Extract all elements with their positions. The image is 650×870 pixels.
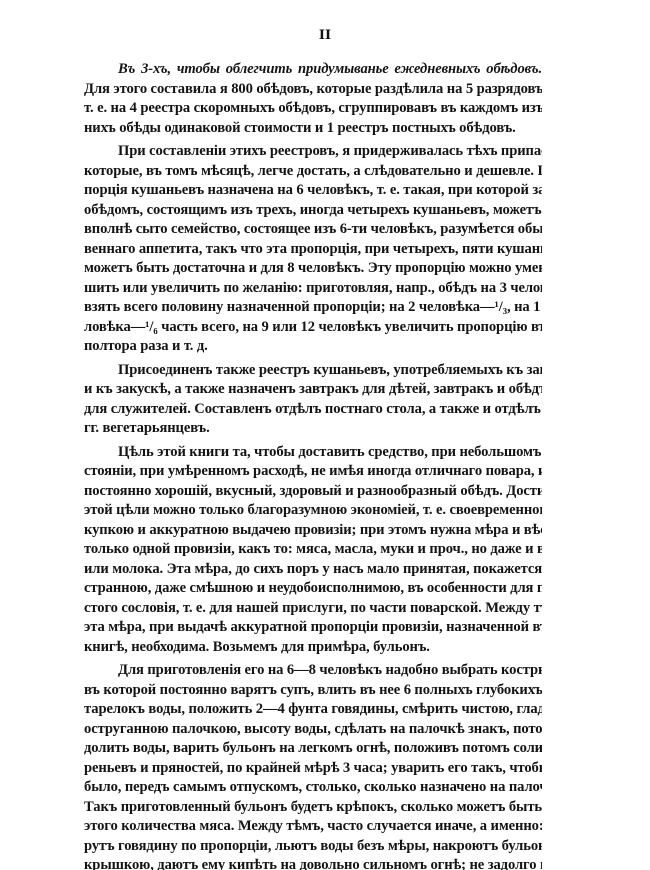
text-line: книгѣ, необходима. Возьмемъ для примѣра,… bbox=[84, 638, 542, 658]
text-line: этой цѣли можно только благоразумною эко… bbox=[84, 501, 542, 521]
text-line: рутъ говядину по пропорціи, льютъ воды б… bbox=[84, 837, 542, 857]
paragraph-4: Цѣль этой книги та, чтобы доставить сред… bbox=[84, 443, 542, 658]
text-line: порція кушаньевъ назначена на 6 человѣкъ… bbox=[84, 181, 542, 201]
text-line: только одной провизіи, какъ то: мяса, ма… bbox=[84, 540, 542, 560]
text-line: При составленіи этихъ реестровъ, я приде… bbox=[84, 142, 542, 162]
text-line: Для этого составила я 800 обѣдовъ, котор… bbox=[84, 80, 542, 100]
text-line: ловѣка—¹/₆ часть всего, на 9 или 12 чело… bbox=[84, 318, 542, 338]
text-line: взять всего половину назначенной пропорц… bbox=[84, 298, 542, 318]
text-line: стояніи, при умѣренномъ расходѣ, не имѣя… bbox=[84, 462, 542, 482]
text-line: и къ закускѣ, а также назначенъ завтракъ… bbox=[84, 380, 542, 400]
paragraph-2: При составленіи этихъ реестровъ, я приде… bbox=[84, 142, 542, 357]
text-line: долить воды, варить бульонъ на легкомъ о… bbox=[84, 739, 542, 759]
text-line: нихъ обѣды одинаковой стоимости и 1 реес… bbox=[84, 119, 542, 139]
text-line: Присоединенъ также реестръ кушаньевъ, уп… bbox=[84, 361, 542, 381]
text-line: крышкою, даютъ ему кипѣть на довольно си… bbox=[84, 856, 542, 870]
text-line: Цѣль этой книги та, чтобы доставить сред… bbox=[84, 443, 542, 463]
text-line: веннаго аппетита, такъ что эта пропорція… bbox=[84, 240, 542, 260]
text-line: реньевъ и пряностей, по крайней мѣрѣ 3 ч… bbox=[84, 759, 542, 779]
text-line: шить или увеличить по желанію: приготовл… bbox=[84, 279, 542, 299]
paragraph-5: Для приготовленія его на 6—8 человѣкъ на… bbox=[84, 661, 542, 870]
text-line: постоянно хорошій, вкусный, здоровый и р… bbox=[84, 482, 542, 502]
text-line: Для приготовленія его на 6—8 человѣкъ на… bbox=[84, 661, 542, 681]
paragraph-3: Присоединенъ также реестръ кушаньевъ, уп… bbox=[84, 361, 542, 439]
text-line: Въ 3-хъ, чтобы облегчить придумыванье еж… bbox=[84, 60, 542, 80]
text-line: оструганною палочкою, высоту воды, сдѣла… bbox=[84, 720, 542, 740]
text-line: вполнѣ сыто семейство, состоящее изъ 6-т… bbox=[84, 220, 542, 240]
text-line: было, передъ самымъ отпускомъ, столько, … bbox=[84, 778, 542, 798]
text-line: для служителей. Составленъ отдѣлъ постна… bbox=[84, 400, 542, 420]
page-number: II bbox=[0, 28, 650, 43]
text-line: Такъ приготовленный бульонъ будетъ крѣпо… bbox=[84, 798, 542, 818]
paragraph-1: Въ 3-хъ, чтобы облегчить придумыванье еж… bbox=[84, 60, 542, 138]
text-line: тарелокъ воды, положить 2—4 фунта говяди… bbox=[84, 700, 542, 720]
text-line: или молока. Эта мѣра, до сихъ поръ у нас… bbox=[84, 560, 542, 580]
text-line: т. е. на 4 реестра скоромныхъ обѣдовъ, с… bbox=[84, 99, 542, 119]
text-line: полтора раза и т. д. bbox=[84, 337, 542, 357]
text-line: можетъ быть достаточна и для 8 человѣкъ.… bbox=[84, 259, 542, 279]
text-line: стого сословія, т. е. для нашей прислуги… bbox=[84, 599, 542, 619]
text-line: обѣдомъ, состоящимъ изъ трехъ, иногда че… bbox=[84, 201, 542, 221]
text-line: которые, въ томъ мѣсяцѣ, легче достать, … bbox=[84, 162, 542, 182]
text-line: купкою и аккуратною выдачею провизіи; пр… bbox=[84, 521, 542, 541]
text-line: странною, даже смѣшною и неудобоисполним… bbox=[84, 579, 542, 599]
text-line: въ которой постоянно варятъ супъ, влить … bbox=[84, 681, 542, 701]
text-line: эта мѣра, при выдачѣ аккуратной пропорці… bbox=[84, 618, 542, 638]
text-line: гг. вегетарьянцевъ. bbox=[84, 419, 542, 439]
text-line: этого количества мяса. Между тѣмъ, часто… bbox=[84, 817, 542, 837]
body-text: Въ 3-хъ, чтобы облегчить придумыванье еж… bbox=[84, 60, 542, 870]
